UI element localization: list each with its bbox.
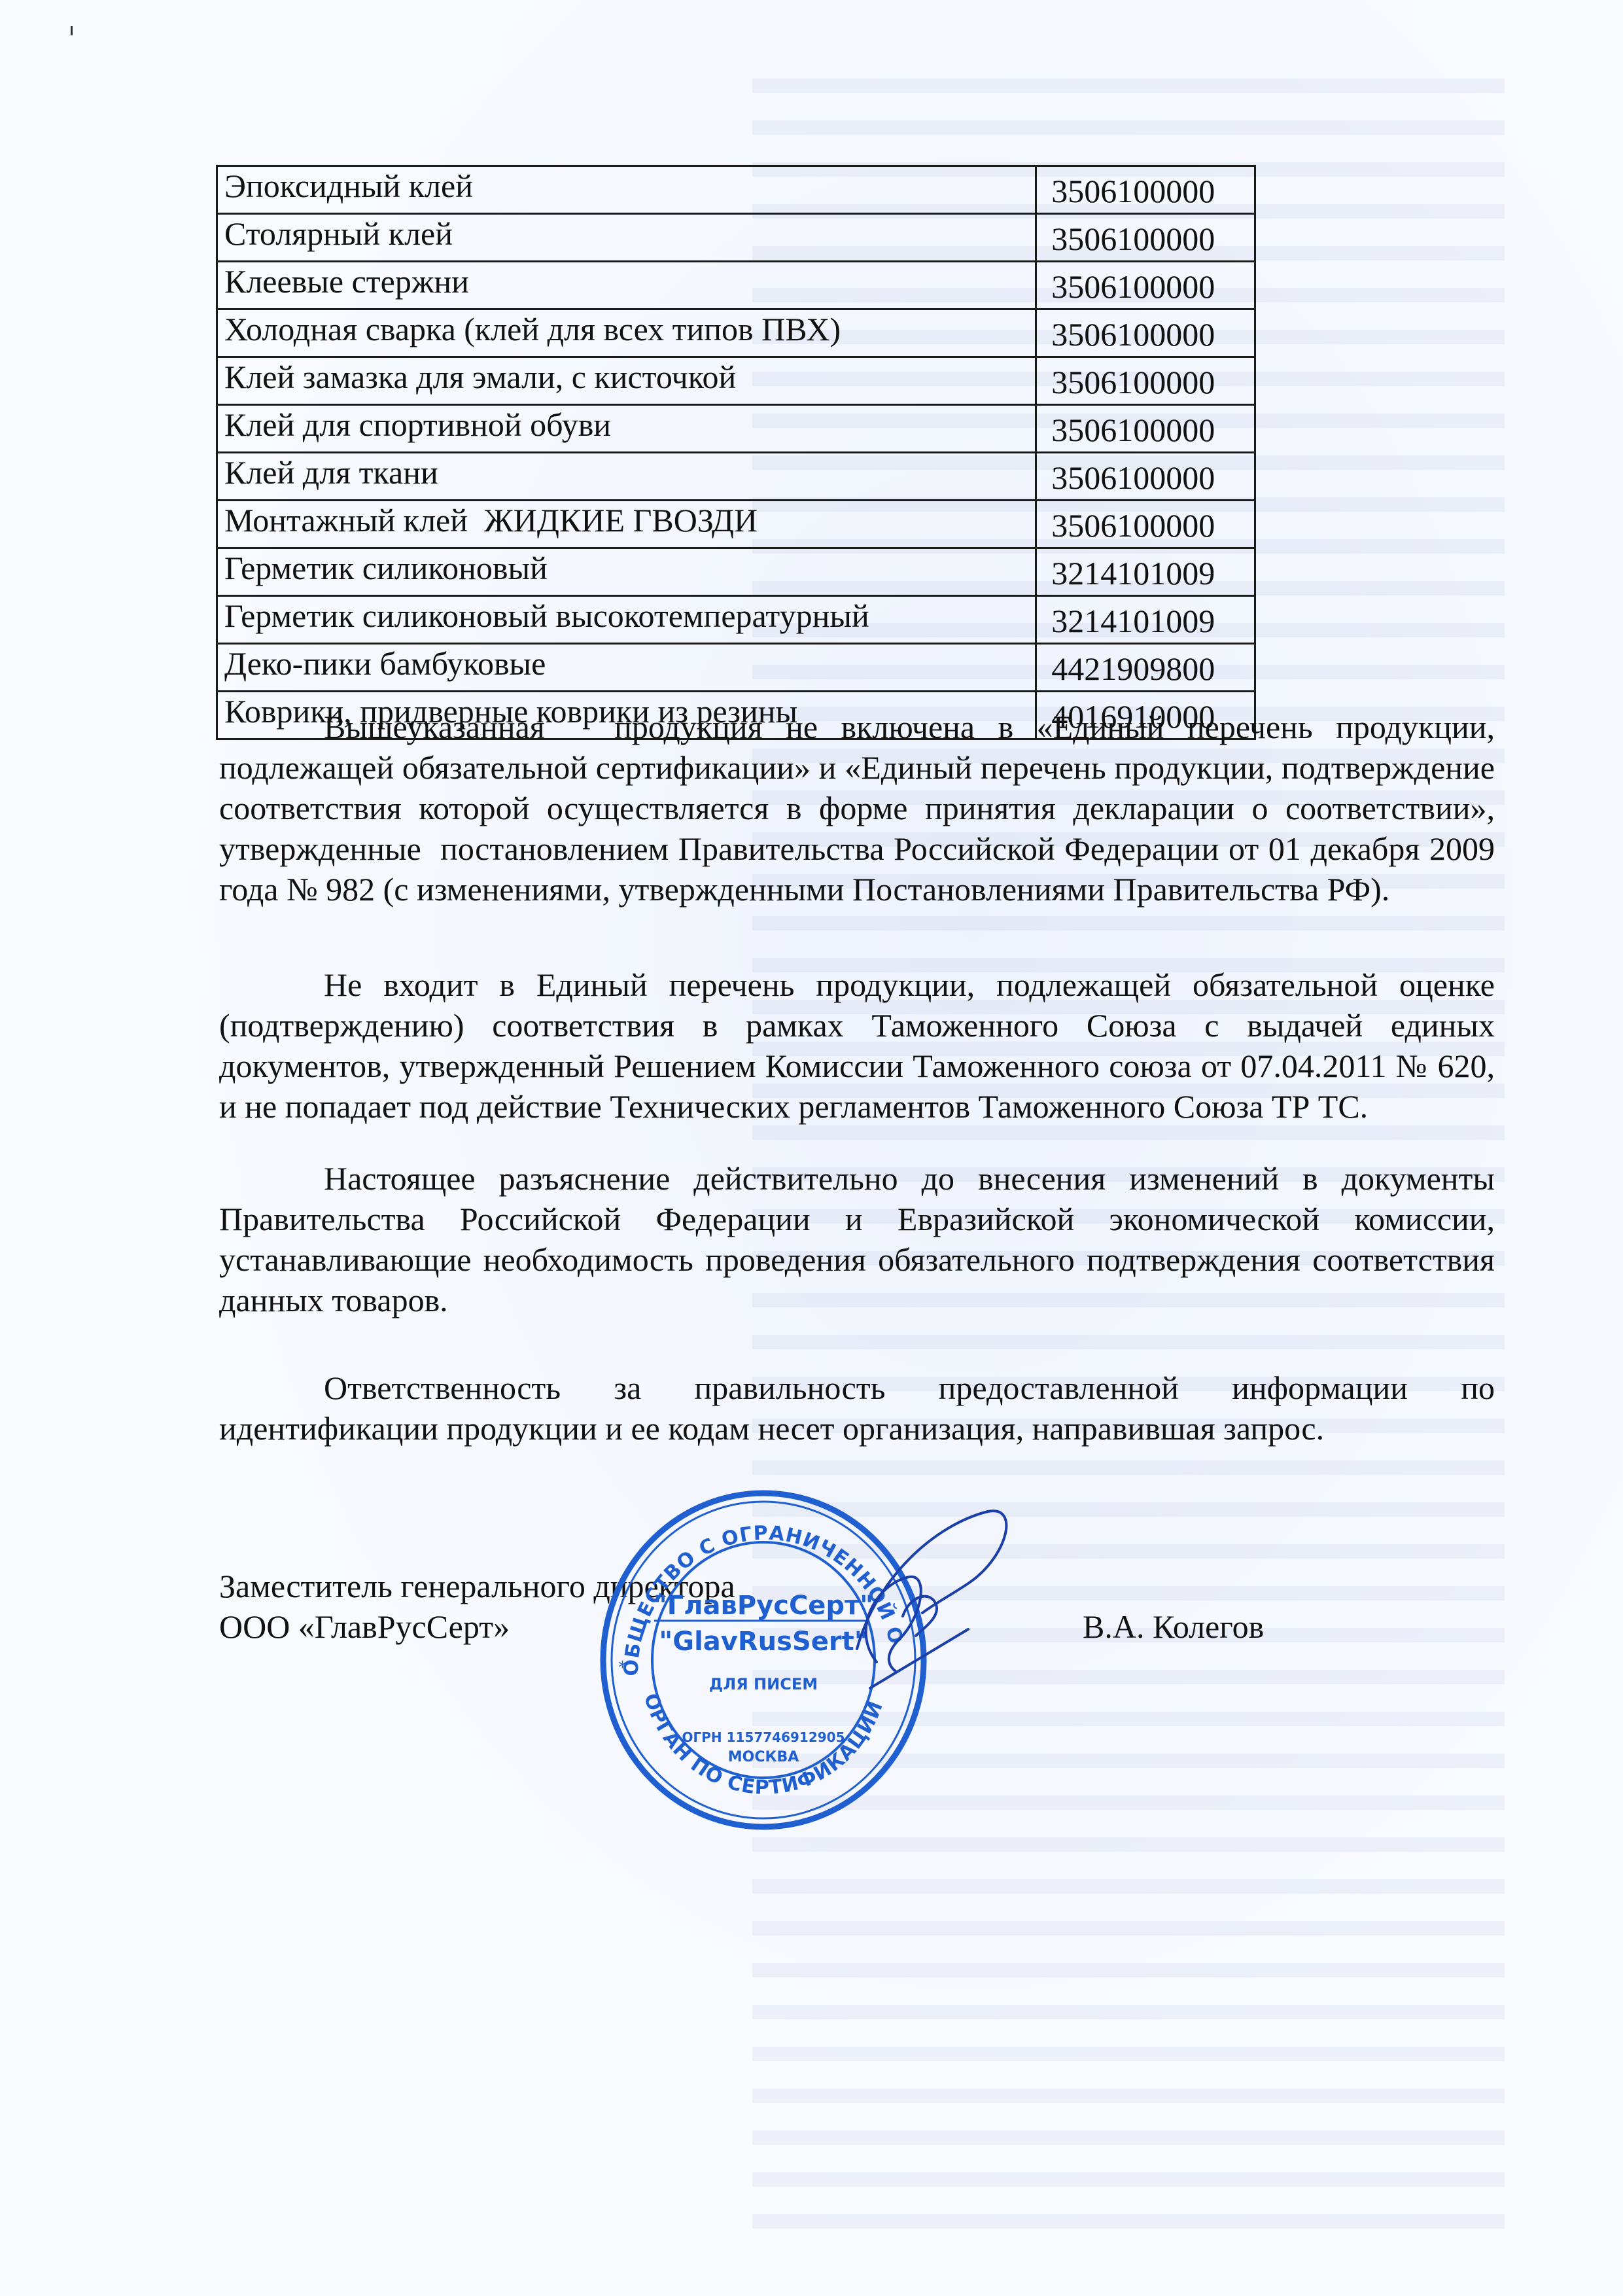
table-row: Клей для спортивной обуви 3506100000 bbox=[217, 405, 1255, 453]
product-code-cell: 3506100000 bbox=[1036, 166, 1255, 214]
product-codes-table: Эпоксидный клей 3506100000 Столярный кле… bbox=[216, 165, 1256, 740]
product-code-cell: 3506100000 bbox=[1036, 501, 1255, 548]
table-row: Герметик силиконовый 3214101009 bbox=[217, 548, 1255, 596]
product-code-cell: 3506100000 bbox=[1036, 357, 1255, 405]
table-row: Эпоксидный клей 3506100000 bbox=[217, 166, 1255, 214]
product-code-cell: 3506100000 bbox=[1036, 262, 1255, 309]
product-codes-table-container: Эпоксидный клей 3506100000 Столярный кле… bbox=[216, 165, 1256, 740]
product-code-cell: 3506100000 bbox=[1036, 214, 1255, 262]
paragraph-customs-union: Не входит в Единый перечень продукции, п… bbox=[219, 964, 1495, 1127]
product-code-cell: 3214101009 bbox=[1036, 548, 1255, 596]
product-code-cell: 3506100000 bbox=[1036, 453, 1255, 501]
table-row: Герметик силиконовый высокотемпературный… bbox=[217, 596, 1255, 644]
table-row: Холодная сварка (клей для всех типов ПВХ… bbox=[217, 309, 1255, 357]
table-row: Монтажный клей ЖИДКИЕ ГВОЗДИ 3506100000 bbox=[217, 501, 1255, 548]
product-code-cell: 4421909800 bbox=[1036, 644, 1255, 692]
product-name-cell: Клей для спортивной обуви bbox=[217, 405, 1036, 453]
table-row: Деко-пики бамбуковые 4421909800 bbox=[217, 644, 1255, 692]
product-name-cell: Клеевые стержни bbox=[217, 262, 1036, 309]
table-row: Клеевые стержни 3506100000 bbox=[217, 262, 1255, 309]
product-name-cell: Клей замазка для эмали, с кисточкой bbox=[217, 357, 1036, 405]
product-name-cell: Монтажный клей ЖИДКИЕ ГВОЗДИ bbox=[217, 501, 1036, 548]
table-row: Столярный клей 3506100000 bbox=[217, 214, 1255, 262]
table-row: Клей для ткани 3506100000 bbox=[217, 453, 1255, 501]
product-name-cell: Столярный клей bbox=[217, 214, 1036, 262]
product-name-cell: Клей для ткани bbox=[217, 453, 1036, 501]
product-name-cell: Холодная сварка (клей для всех типов ПВХ… bbox=[217, 309, 1036, 357]
paragraph-validity: Настоящее разъяснение действительно до в… bbox=[219, 1158, 1495, 1320]
signatory-name: В.А. Колегов bbox=[1083, 1606, 1264, 1647]
svg-text:*: * bbox=[618, 1658, 627, 1678]
stamp-city: МОСКВА bbox=[728, 1749, 799, 1765]
stamp-ogrn: ОГРН 1157746912905 bbox=[682, 1729, 845, 1745]
product-name-cell: Эпоксидный клей bbox=[217, 166, 1036, 214]
handwritten-signature-icon bbox=[837, 1498, 1034, 1695]
product-name-cell: Герметик силиконовый высокотемпературный bbox=[217, 596, 1036, 644]
paragraph-responsibility: Ответственность за правильность предоста… bbox=[219, 1368, 1495, 1449]
paragraph-not-in-certification-list: Вышеуказанная продукция не включена в «Е… bbox=[219, 707, 1495, 910]
stamp-purpose: ДЛЯ ПИСЕМ bbox=[709, 1675, 818, 1693]
product-code-cell: 3506100000 bbox=[1036, 309, 1255, 357]
scan-mark bbox=[71, 26, 73, 35]
product-code-cell: 3214101009 bbox=[1036, 596, 1255, 644]
table-row: Клей замазка для эмали, с кисточкой 3506… bbox=[217, 357, 1255, 405]
stamp-center-en: "GlavRusSert" bbox=[659, 1627, 867, 1657]
document-page: Эпоксидный клей 3506100000 Столярный кле… bbox=[0, 0, 1623, 2296]
product-name-cell: Деко-пики бамбуковые bbox=[217, 644, 1036, 692]
product-code-cell: 3506100000 bbox=[1036, 405, 1255, 453]
product-name-cell: Герметик силиконовый bbox=[217, 548, 1036, 596]
